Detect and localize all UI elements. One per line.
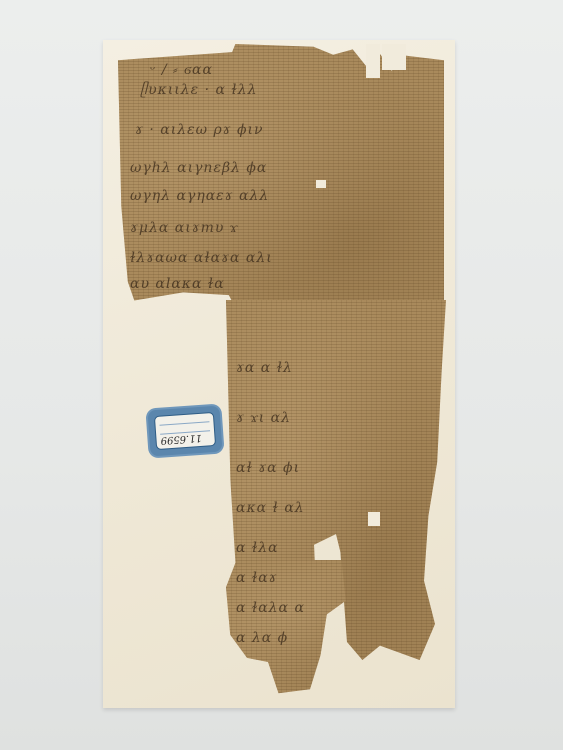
inventory-number: 11.6599: [160, 432, 202, 446]
papyrus-hole: [316, 180, 326, 188]
papyrus-fragment-upper: [118, 44, 444, 314]
papyrus-hole: [366, 44, 380, 78]
papyrus-hole: [368, 512, 380, 526]
papyrus-hole: [382, 44, 406, 70]
label-rule: [160, 421, 210, 425]
inventory-label: 11.6599: [147, 406, 222, 457]
inventory-label-paper: 11.6599: [154, 412, 216, 450]
